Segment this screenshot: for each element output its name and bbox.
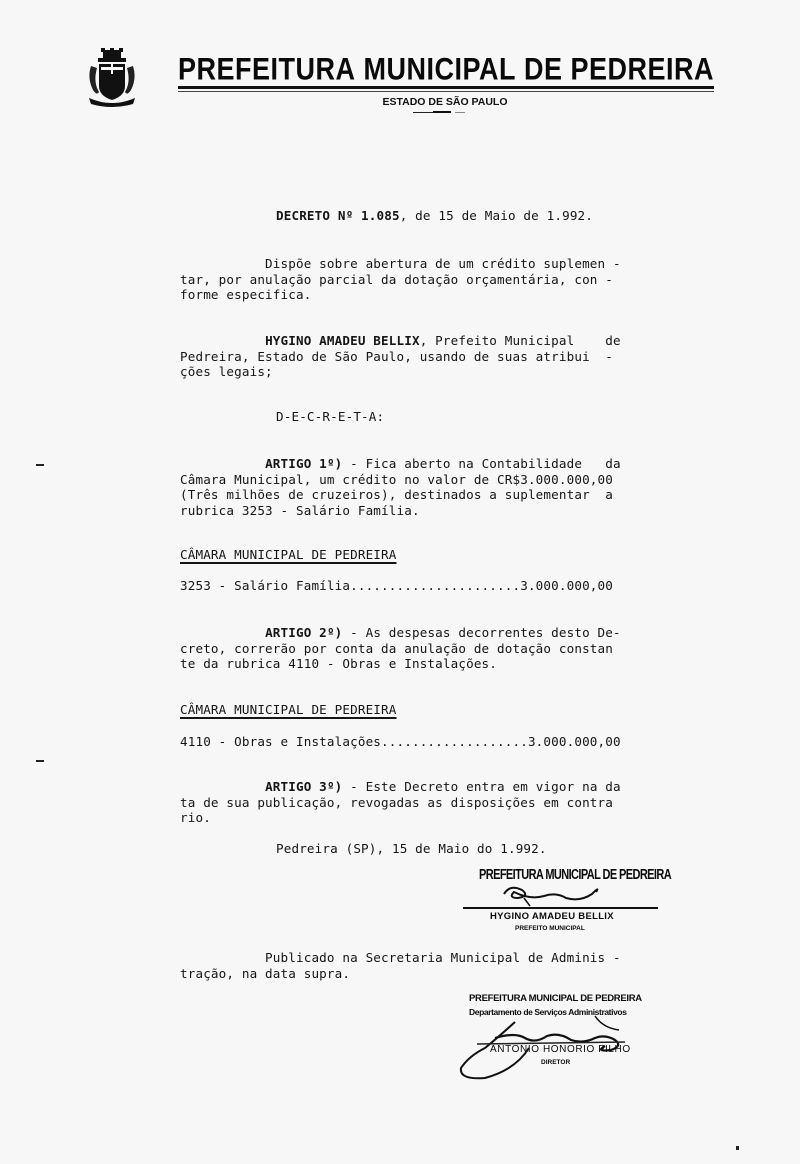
text-line: ARTIGO 2º) - As despesas decorrentes des… [180,625,621,641]
section-heading: CÂMARA MUNICIPAL DE PEDREIRA [180,547,397,563]
article-2: ARTIGO 2º) - As despesas decorrentes des… [180,625,621,672]
text-line: Dispõe sobre abertura de um crédito supl… [180,256,621,272]
text-line: Pedreira, Estado de São Paulo, usando de… [180,349,621,365]
scan-speck [36,760,44,762]
text-line: rubrica 3253 - Salário Família. [180,503,621,519]
decreta-label: D-E-C-R-E-T-A: [276,409,384,425]
letterhead-rule-thin [178,91,714,92]
signature-line [463,907,658,909]
text-line: ções legais; [180,364,621,380]
budget-line-item: 4110 - Obras e Instalações..............… [180,734,621,750]
subtitle-ornament [433,111,451,113]
subtitle-ornament [455,112,465,113]
text-line: ARTIGO 3º) - Este Decreto entra em vigor… [180,779,621,795]
decree-date: , de 15 de Maio de 1.992. [400,208,593,223]
letterhead-subtitle: ESTADO DE SÃO PAULO [300,96,590,108]
letterhead-rule [178,86,714,89]
mayor-signature-icon [500,882,610,908]
text-line: (Três milhões de cruzeiros), destinados … [180,487,621,503]
mayor-name: HYGINO AMADEU BELLIX [490,911,614,922]
municipal-coat-of-arms-icon [85,48,139,108]
section-heading: CÂMARA MUNICIPAL DE PEDREIRA [180,702,397,718]
scan-speck [736,1146,739,1150]
director-name: ANTONIO HONORIO FILHO [490,1044,631,1055]
scan-speck [36,464,44,466]
decree-heading: DECRETO Nº 1.085, de 15 de Maio de 1.992… [276,208,593,224]
text-line: creto, correrão por conta da anulação de… [180,641,621,657]
mayor-name: HYGINO AMADEU BELLIX [265,333,420,348]
text-line: forme especifica. [180,287,621,303]
text-line: ARTIGO 1º) - Fica aberto na Contabilidad… [180,456,621,472]
text-line: tar, por anulação parcial da dotação orç… [180,272,621,288]
budget-line-item: 3253 - Salário Família..................… [180,578,613,594]
letterhead-word: PREFEITURA [178,52,356,88]
letterhead-word: DE [524,52,563,88]
text-line: rio. [180,810,621,826]
article-label: ARTIGO 3º) [265,779,342,794]
decree-number: DECRETO Nº 1.085 [276,208,400,223]
mayor-role: PREFEITO MUNICIPAL [515,925,585,932]
text-line: HYGINO AMADEU BELLIX, Prefeito Municipal… [180,333,621,349]
mayor-stamp: PREFEITURA MUNICIPAL DE PEDREIRA [479,867,671,883]
article-3: ARTIGO 3º) - Este Decreto entra em vigor… [180,779,621,826]
text-line: Câmara Municipal, um crédito no valor de… [180,472,621,488]
decree-preamble: HYGINO AMADEU BELLIX, Prefeito Municipal… [180,333,621,380]
article-label: ARTIGO 2º) [265,625,342,640]
publication-note: Publicado na Secretaria Municipal de Adm… [180,950,621,981]
letterhead-title: PREFEITURA MUNICIPAL DE PEDREIRA [178,52,714,88]
subtitle-ornament [413,112,433,113]
text-line: tração, na data supra. [180,966,621,982]
text-line: ta de sua publicação, revogadas as dispo… [180,795,621,811]
article-label: ARTIGO 1º) [265,456,342,471]
article-1: ARTIGO 1º) - Fica aberto na Contabilidad… [180,456,621,518]
place-and-date: Pedreira (SP), 15 de Maio do 1.992. [276,841,547,857]
text-line: Publicado na Secretaria Municipal de Adm… [180,950,621,966]
department-stamp: PREFEITURA MUNICIPAL DE PEDREIRA [469,993,642,1004]
letterhead-word: PEDREIRA [570,52,714,88]
director-role: DIRETOR [541,1059,570,1066]
decree-summary: Dispõe sobre abertura de um crédito supl… [180,256,621,303]
text-line: te da rubrica 4110 - Obras e Instalações… [180,656,621,672]
letterhead-word: MUNICIPAL [363,52,516,88]
